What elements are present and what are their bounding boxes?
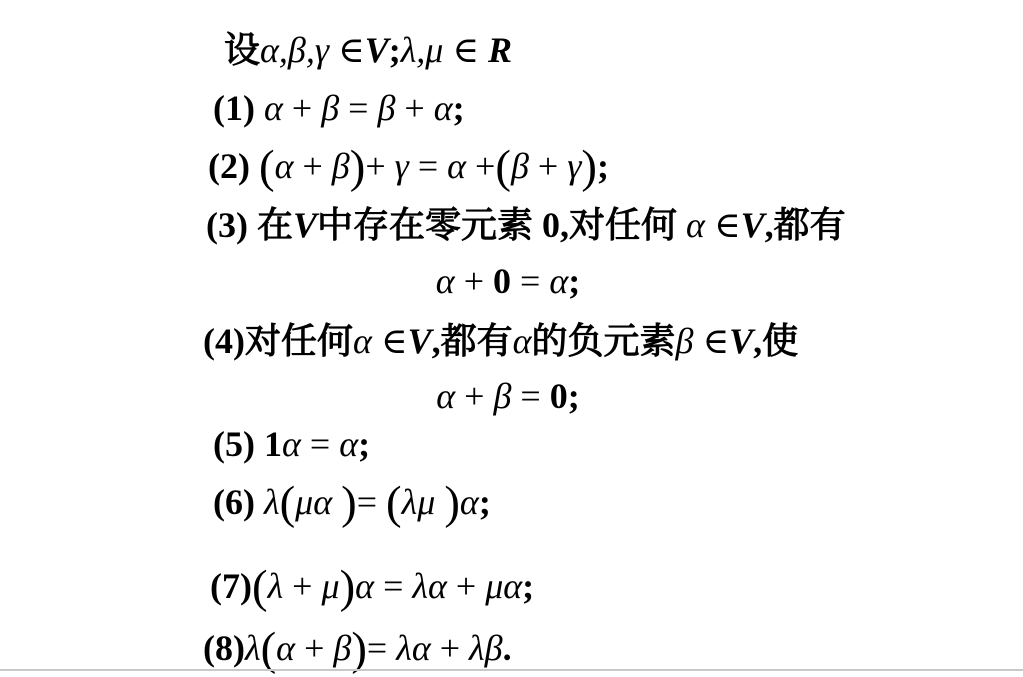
math-segment: α — [353, 321, 372, 361]
math-segment: (7) — [210, 566, 252, 606]
math-segment: α — [276, 628, 295, 668]
math-segment: + — [431, 628, 469, 668]
math-segment: + — [365, 146, 394, 186]
math-segment: λα — [396, 628, 431, 668]
math-segment: ( — [259, 141, 275, 193]
math-segment: ; — [522, 566, 534, 606]
math-segment: ) — [341, 477, 357, 529]
axiom-5-line: (5) 1α = α; — [213, 422, 370, 466]
math-segment: + — [283, 88, 321, 128]
math-segment: 0 — [542, 205, 560, 245]
math-segment: = — [511, 261, 549, 301]
bottom-divider-line — [0, 669, 1023, 671]
math-segment: α — [436, 261, 455, 301]
math-segment: 1 — [264, 424, 282, 464]
math-segment: 中存在零元素 — [317, 205, 542, 245]
math-segment: α — [447, 146, 466, 186]
math-segment: α — [460, 482, 479, 522]
math-segment: ; — [453, 88, 465, 128]
math-segment: + — [447, 566, 485, 606]
math-segment: μ — [321, 566, 339, 606]
slide-page: 设α,β,γ ∈V;λ,μ ∈ R (1) α + β = β + α; (2)… — [0, 0, 1023, 677]
math-segment: ,都有 — [432, 321, 513, 361]
math-segment: α — [339, 424, 358, 464]
math-segment: 对任何 — [245, 321, 353, 361]
math-segment: = — [301, 424, 339, 464]
axiom-2-line: (2) (α + β)+ γ = α +(β + γ); — [208, 144, 609, 188]
math-segment: 在 — [257, 205, 293, 245]
math-segment: μα — [485, 566, 522, 606]
math-segment: ) — [444, 477, 460, 529]
math-segment: ; — [568, 376, 580, 416]
math-segment: ( — [252, 561, 268, 613]
math-segment: λ — [245, 628, 261, 668]
math-segment: + — [455, 261, 493, 301]
math-segment: + — [293, 146, 331, 186]
math-segment: α — [436, 376, 455, 416]
math-segment: γ — [395, 146, 409, 186]
math-segment: + — [283, 566, 321, 606]
math-segment: ( — [386, 477, 402, 529]
math-segment: ,都有 — [765, 205, 846, 245]
math-segment: μα — [295, 482, 341, 522]
math-segment: β — [676, 321, 694, 361]
math-segment: ; — [568, 261, 580, 301]
math-segment: ( — [495, 141, 511, 193]
axiom-4-line: (4)对任何α ∈V,都有α的负元素β ∈V,使 — [203, 319, 798, 363]
math-segment: (4) — [203, 321, 245, 361]
math-segment: V — [729, 321, 753, 361]
math-segment: ) — [581, 141, 597, 193]
math-segment: + — [395, 88, 433, 128]
axiom-3-equation: α + 0 = α; — [0, 259, 1016, 303]
math-segment: α — [355, 566, 374, 606]
math-segment: V — [408, 321, 432, 361]
math-segment: ; — [597, 146, 609, 186]
math-segment: ∈ — [372, 321, 408, 361]
math-segment: (3) — [206, 205, 257, 245]
math-segment: ) — [351, 623, 367, 675]
axiom-6-line: (6) λ(μα )= (λμ )α; — [213, 480, 491, 524]
math-segment: R — [488, 30, 512, 70]
math-segment: α — [264, 88, 283, 128]
math-segment: β — [332, 146, 350, 186]
math-segment: α — [686, 205, 705, 245]
math-segment: + — [466, 146, 495, 186]
math-segment: ) — [340, 561, 356, 613]
math-segment: β — [377, 88, 395, 128]
math-segment: β — [333, 628, 351, 668]
math-segment: ; — [389, 30, 401, 70]
math-segment: ,对任何 — [560, 205, 686, 245]
math-segment: α,β,γ — [260, 30, 338, 70]
math-segment: . — [503, 628, 512, 668]
math-segment: λβ — [469, 628, 503, 668]
math-segment: α — [282, 424, 301, 464]
axiom-7-line: (7)(λ + μ)α = λα + μα; — [210, 564, 534, 608]
math-segment: ) — [350, 141, 366, 193]
math-segment: = — [511, 376, 549, 416]
math-segment: λ — [264, 482, 280, 522]
math-segment: ( — [280, 477, 296, 529]
math-segment: ∈ — [338, 30, 365, 70]
math-segment: β — [321, 88, 339, 128]
math-segment: + — [455, 376, 493, 416]
math-segment: ∈ — [705, 205, 741, 245]
intro-line: 设α,β,γ ∈V;λ,μ ∈ R — [224, 28, 512, 72]
math-segment: α — [275, 146, 294, 186]
math-segment: ; — [358, 424, 370, 464]
math-segment: 0 — [550, 376, 568, 416]
math-segment: λ,μ — [401, 30, 453, 70]
math-segment: α — [513, 321, 532, 361]
math-segment: V — [365, 30, 389, 70]
math-segment: 的负元素 — [532, 321, 676, 361]
axiom-8-line: (8)λ(α + β)= λα + λβ. — [203, 626, 512, 670]
math-segment: = — [339, 88, 377, 128]
math-segment: = — [374, 566, 412, 606]
axiom-3-line: (3) 在V中存在零元素 0,对任何 α ∈V,都有 — [206, 203, 846, 247]
math-segment: = — [367, 628, 396, 668]
math-segment: λ — [268, 566, 284, 606]
math-segment: = — [409, 146, 447, 186]
math-segment: α — [549, 261, 568, 301]
math-segment: 0 — [493, 261, 511, 301]
math-segment: ∈ — [693, 321, 729, 361]
math-segment: V — [293, 205, 317, 245]
math-segment: λα — [412, 566, 447, 606]
math-segment: 设 — [224, 30, 260, 70]
math-segment: = — [357, 482, 386, 522]
math-segment: (5) — [213, 424, 264, 464]
math-segment: ; — [479, 482, 491, 522]
math-segment: λμ — [402, 482, 445, 522]
math-segment: V — [741, 205, 765, 245]
math-segment: β — [511, 146, 529, 186]
axiom-1-line: (1) α + β = β + α; — [213, 86, 465, 130]
math-segment: (2) — [208, 146, 259, 186]
math-segment: + — [529, 146, 567, 186]
math-segment: ,使 — [753, 321, 798, 361]
math-segment: + — [295, 628, 333, 668]
math-segment: α — [434, 88, 453, 128]
math-segment: γ — [567, 146, 581, 186]
math-segment: (6) — [213, 482, 264, 522]
math-segment: β — [493, 376, 511, 416]
math-segment: (1) — [213, 88, 264, 128]
axiom-4-equation: α + β = 0; — [0, 374, 1016, 418]
math-segment: (8) — [203, 628, 245, 668]
math-segment: ( — [261, 623, 277, 675]
math-segment: ∈ — [452, 30, 488, 70]
